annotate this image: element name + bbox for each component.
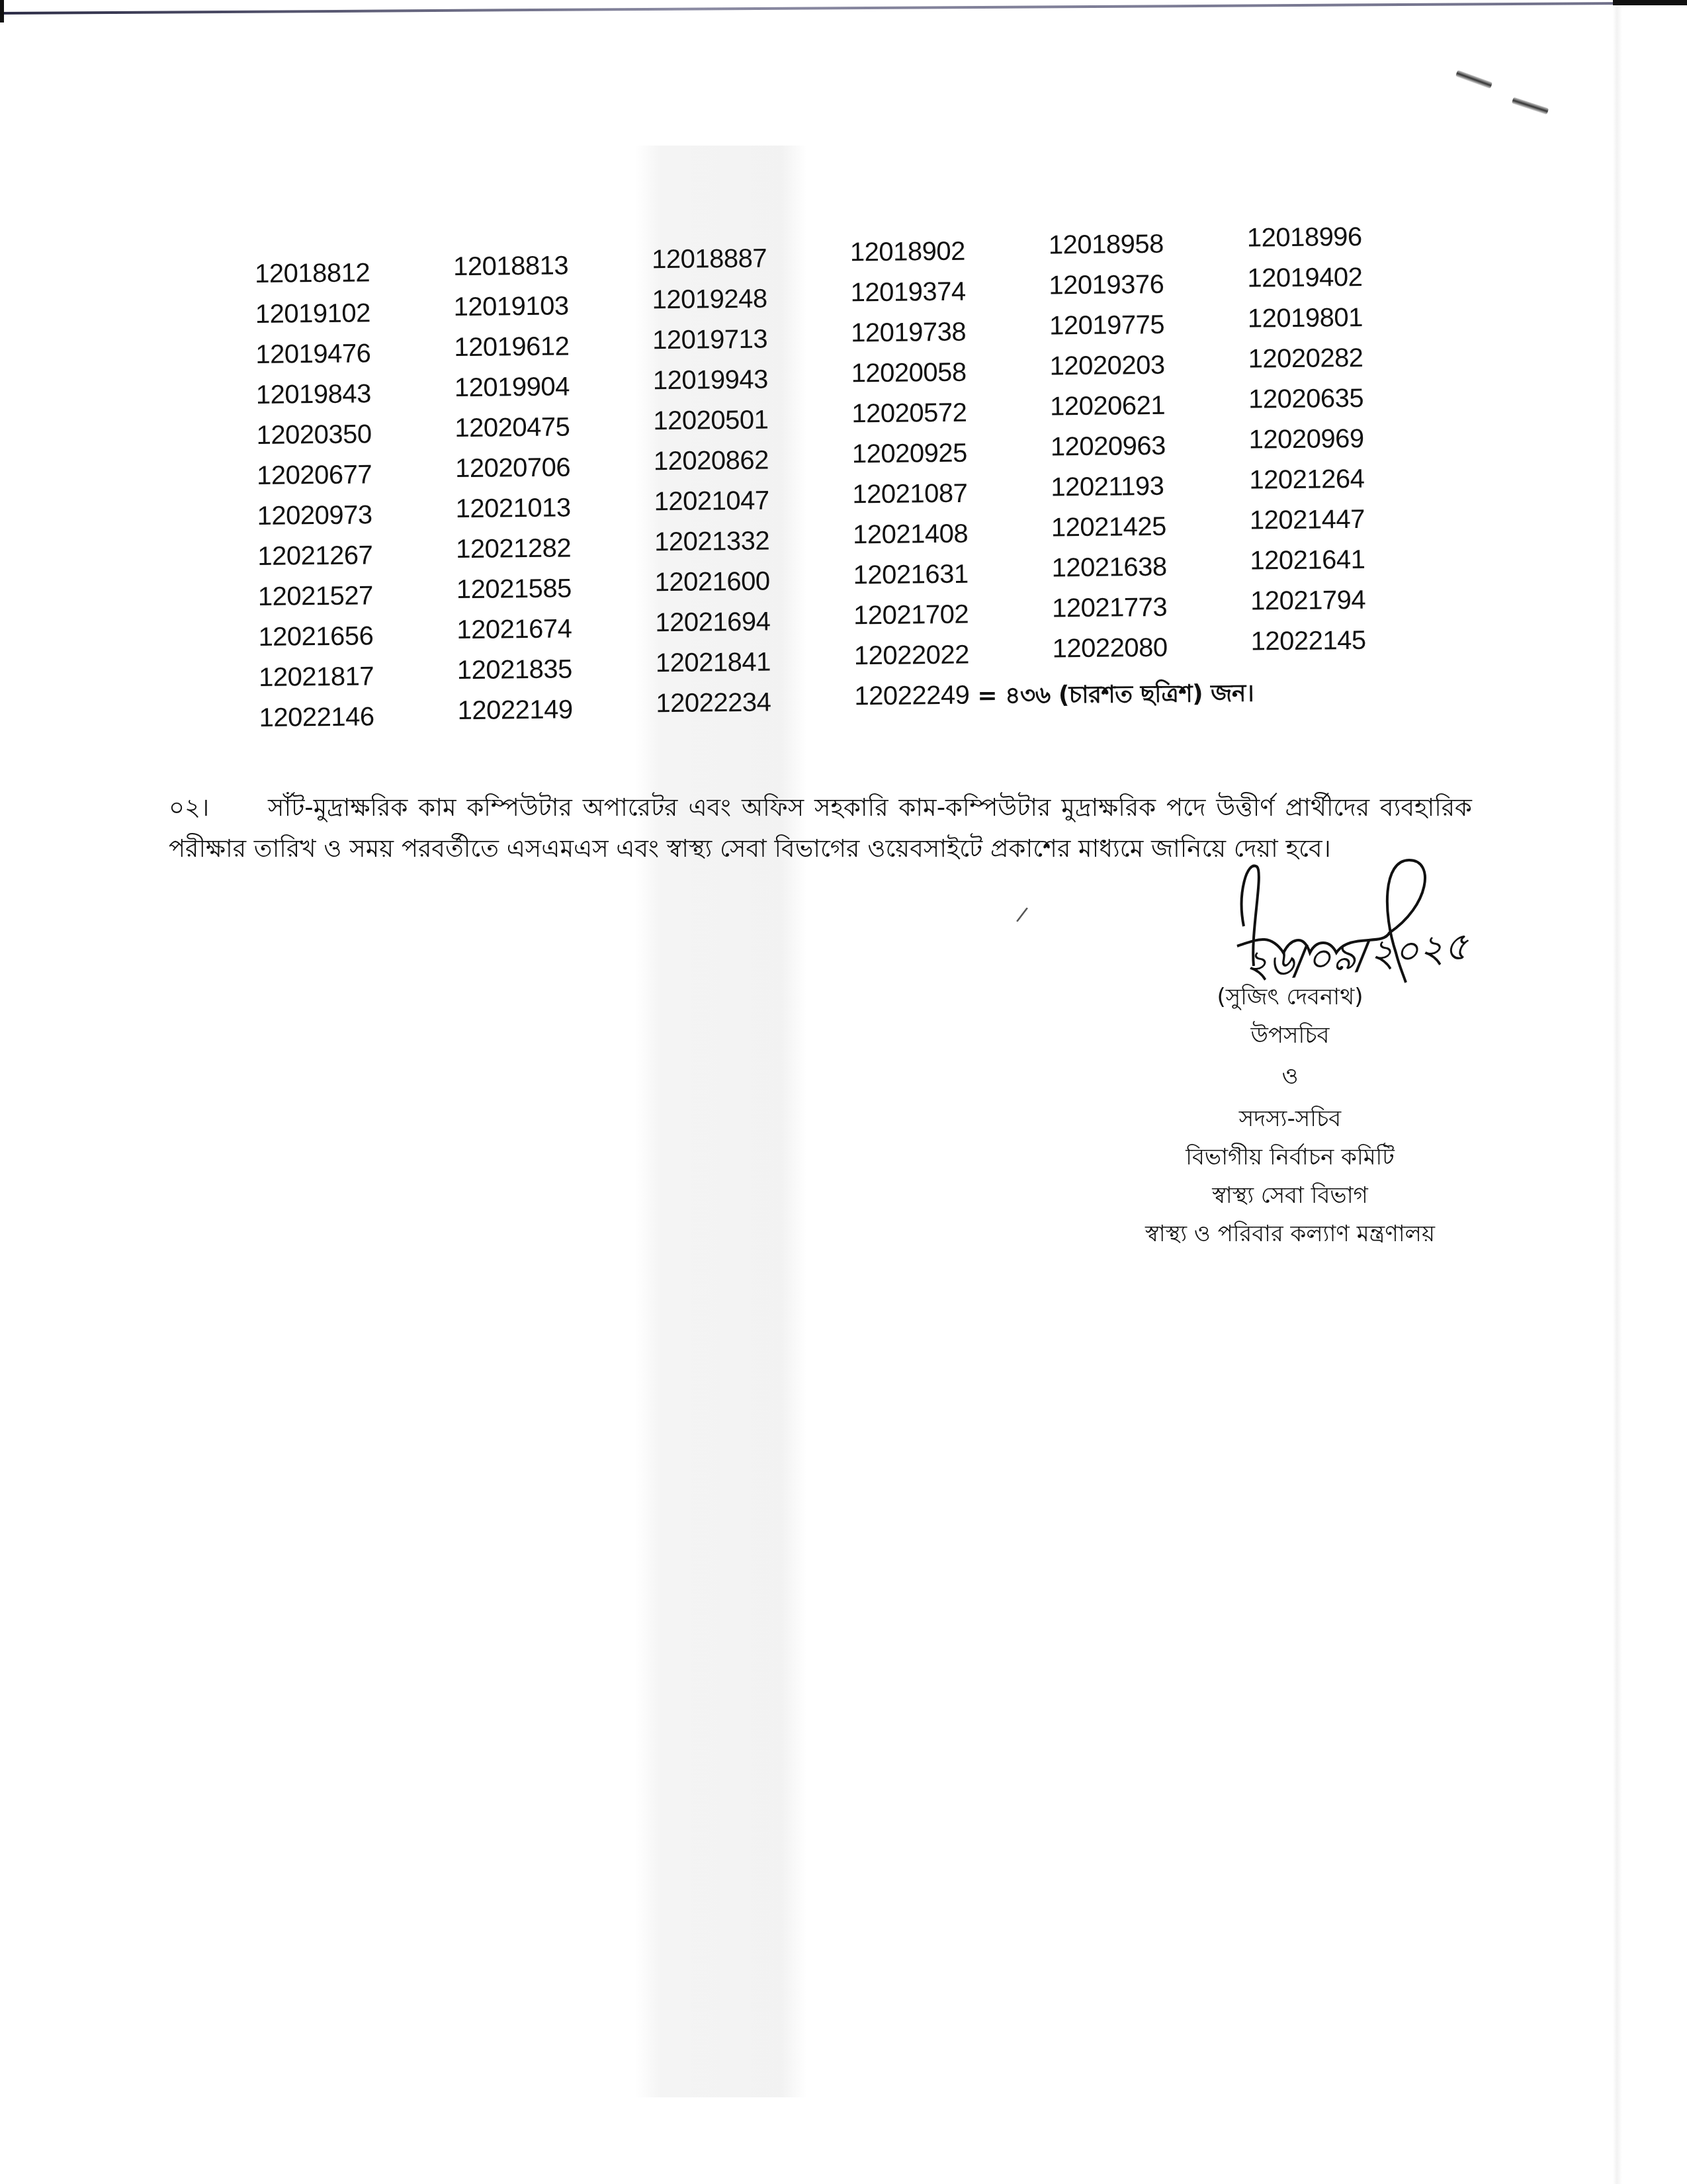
roll-number: 12020282 — [1248, 341, 1446, 375]
roll-number: 12021282 — [456, 531, 654, 565]
roll-number: 12021013 — [455, 491, 654, 525]
roll-number: 12020203 — [1049, 349, 1248, 382]
roll-number: 12019943 — [653, 363, 851, 396]
roll-number: 12021447 — [1250, 503, 1448, 537]
roll-number: 12021638 — [1051, 550, 1250, 584]
signatory-designation: উপসচিব — [1059, 1018, 1522, 1053]
roll-number: 12020969 — [1248, 422, 1447, 456]
roll-number: 12019801 — [1248, 301, 1446, 335]
roll-number: 12022249 = ৪৩৬ (চারশত ছত্রিশ) জন। — [854, 678, 1053, 713]
roll-number: 12019103 — [453, 289, 652, 323]
signatory-role: সদস্য-সচিব — [1059, 1101, 1522, 1137]
roll-number: 12019376 — [1049, 268, 1247, 302]
roll-number: 12018958 — [1049, 228, 1247, 261]
roll-number: 12021817 — [259, 660, 457, 693]
roll-number: 12021267 — [257, 539, 456, 572]
scan-edge-left — [0, 0, 4, 22]
roll-number: 12020350 — [256, 417, 454, 451]
roll-number: 12021773 — [1052, 591, 1250, 625]
roll-number: 12020963 — [1051, 429, 1249, 463]
roll-number: 12021527 — [258, 579, 456, 613]
roll-number: 12021193 — [1051, 470, 1249, 503]
roll-number: 12020862 — [654, 443, 852, 477]
roll-number: 12021702 — [853, 597, 1052, 631]
scan-edge-right — [1613, 0, 1687, 2184]
roll-number: 12022145 — [1250, 624, 1449, 658]
total-count: = ৪৩৬ (চারশত ছত্রিশ) জন। — [969, 680, 1254, 710]
roll-number: 12020572 — [851, 396, 1050, 429]
roll-number: 12019713 — [652, 322, 851, 356]
roll-number: 12018887 — [652, 241, 850, 275]
roll-number: 12021047 — [654, 484, 852, 517]
roll-number: 12019904 — [454, 370, 653, 404]
ministry-name: স্বাস্থ্য ও পরিবার কল্যাণ মন্ত্রণালয় — [1059, 1216, 1522, 1252]
signatory-name: (সুজিৎ দেবনাথ) — [1059, 979, 1522, 1015]
roll-number: 12019738 — [851, 315, 1049, 349]
roll-number: 12019476 — [255, 337, 454, 371]
roll-number: 12020925 — [852, 436, 1051, 470]
paragraph-number: ০২। — [169, 787, 268, 828]
roll-number: 12019374 — [850, 275, 1049, 308]
roll-number: 12021656 — [258, 619, 456, 653]
committee-name: বিভাগীয় নির্বাচন কমিটি — [1059, 1139, 1522, 1175]
roll-number: 12021794 — [1250, 584, 1449, 617]
roll-number: 12019102 — [255, 296, 454, 330]
scan-edge-line — [0, 1, 1687, 15]
roll-number: 12021674 — [456, 612, 655, 646]
roll-number: 12021332 — [654, 524, 853, 558]
division-name: স্বাস্থ্য সেবা বিভাগ — [1059, 1178, 1522, 1213]
roll-number: 12021694 — [655, 605, 853, 638]
roll-number: 12020058 — [851, 355, 1049, 389]
roll-number: 12020621 — [1050, 389, 1248, 423]
roll-number: 12018902 — [850, 234, 1049, 268]
roll-number: 12021835 — [457, 652, 656, 686]
pen-mark: / — [1015, 902, 1029, 926]
roll-number: 12020706 — [455, 451, 654, 484]
roll-number: 12018812 — [255, 256, 453, 290]
roll-number: 12020501 — [653, 403, 851, 437]
roll-number: 12019612 — [454, 329, 652, 363]
roll-number: 12020635 — [1248, 382, 1447, 415]
roll-number: 12021425 — [1051, 510, 1250, 544]
roll-number: 12018813 — [453, 249, 652, 283]
roll-number: 12018996 — [1247, 220, 1446, 254]
staple-mark-icon — [1512, 97, 1549, 115]
roll-number: 12020973 — [257, 498, 456, 532]
paragraph-text: সাঁট-মুদ্রাক্ষরিক কাম কম্পিউটার অপারেটর … — [169, 793, 1472, 863]
roll-number: 12021087 — [852, 476, 1051, 510]
roll-number: 12021641 — [1250, 543, 1448, 577]
roll-number: 12022149 — [457, 693, 656, 728]
roll-number: 12022022 — [854, 638, 1053, 672]
roll-number: 12020475 — [454, 410, 653, 444]
staple-mark-icon — [1455, 70, 1492, 89]
roll-number-list: 1201881212018813120188871201890212018958… — [255, 247, 1417, 735]
roll-number: 12022080 — [1052, 631, 1250, 665]
roll-number: 12020677 — [257, 458, 455, 492]
roll-number: 12021264 — [1249, 462, 1448, 496]
roll-number: 12019843 — [256, 377, 454, 411]
roll-number: 12022234 — [656, 685, 854, 721]
roll-number: 12021408 — [853, 517, 1051, 550]
roll-number: 12021631 — [853, 557, 1051, 591]
signature-block: (সুজিৎ দেবনাথ) উপসচিব ও সদস্য-সচিব বিভাগ… — [1059, 979, 1522, 1254]
roll-number: 12021585 — [456, 572, 655, 605]
roll-number: 12019775 — [1049, 308, 1248, 342]
roll-number: 12022146 — [259, 700, 457, 735]
conjunction: ও — [1059, 1059, 1522, 1094]
roll-number: 12019402 — [1247, 261, 1446, 294]
roll-number: 12019248 — [652, 282, 850, 316]
roll-number: 12021841 — [656, 645, 854, 679]
roll-number: 12021600 — [655, 564, 853, 598]
